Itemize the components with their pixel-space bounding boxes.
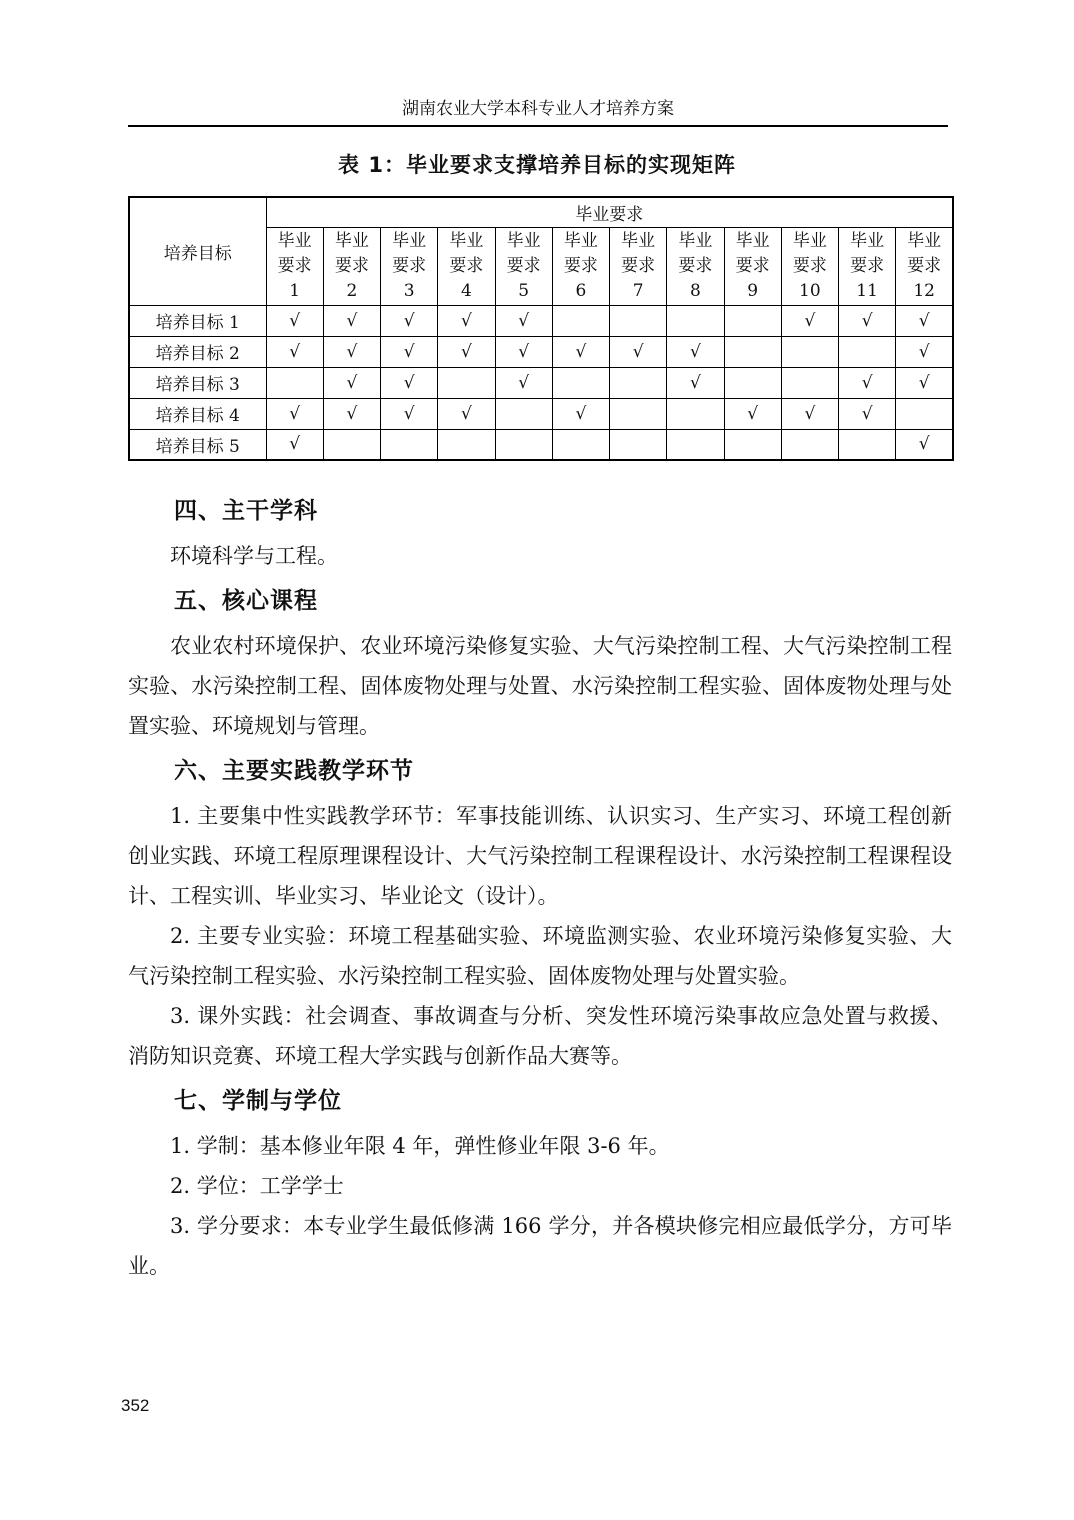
matrix-empty-cell — [781, 336, 838, 367]
matrix-column-header-line: 毕业 — [553, 229, 609, 254]
matrix-column-header-line: 毕业 — [610, 229, 666, 254]
matrix-empty-cell — [839, 429, 896, 460]
section-heading: 五、核心课程 — [128, 586, 952, 616]
matrix-column-number: 12 — [896, 279, 952, 304]
matrix-check-cell: √ — [323, 305, 380, 336]
matrix-corner-header: 培养目标 — [129, 197, 266, 305]
table-caption: 表 1：毕业要求支撑培养目标的实现矩阵 — [0, 152, 1074, 178]
body-paragraph: 1. 学制：基本修业年限 4 年，弹性修业年限 3-6 年。 — [128, 1126, 952, 1166]
matrix-data-row: 培养目标 1√√√√√√√√ — [129, 305, 953, 336]
matrix-empty-cell — [839, 336, 896, 367]
matrix-empty-cell — [724, 336, 781, 367]
page-header-title: 湖南农业大学本科专业人才培养方案 — [402, 99, 674, 119]
body-paragraph: 2. 学位：工学学士 — [128, 1166, 952, 1206]
matrix-check-cell: √ — [552, 398, 609, 429]
body-paragraph: 1. 主要集中性实践教学环节：军事技能训练、认识实习、生产实习、环境工程创新创业… — [128, 796, 952, 916]
matrix-column-header-line: 要求 — [610, 254, 666, 279]
matrix-check-cell: √ — [323, 398, 380, 429]
matrix-column-number: 5 — [496, 279, 552, 304]
matrix-check-cell: √ — [438, 336, 495, 367]
matrix-column-header-line: 毕业 — [896, 229, 952, 254]
document-body: 四、主干学科环境科学与工程。五、核心课程农业农村环境保护、农业环境污染修复实验、… — [128, 486, 952, 1286]
matrix-check-cell: √ — [323, 336, 380, 367]
matrix-check-cell: √ — [266, 305, 323, 336]
matrix-column-header: 毕业要求11 — [839, 227, 896, 305]
matrix-column-header-line: 要求 — [438, 254, 494, 279]
matrix-column-header-line: 要求 — [496, 254, 552, 279]
document-page: 湖南农业大学本科专业人才培养方案 表 1：毕业要求支撑培养目标的实现矩阵 培养目… — [0, 0, 1074, 1520]
matrix-check-cell: √ — [896, 429, 953, 460]
matrix-row-label: 培养目标 5 — [129, 429, 266, 460]
matrix-empty-cell — [724, 429, 781, 460]
matrix-data-row: 培养目标 5√√ — [129, 429, 953, 460]
matrix-column-header-line: 要求 — [553, 254, 609, 279]
matrix-check-cell: √ — [896, 367, 953, 398]
matrix-group-header: 毕业要求 — [266, 197, 953, 227]
matrix-check-cell: √ — [552, 336, 609, 367]
matrix-check-cell: √ — [896, 336, 953, 367]
matrix-check-cell: √ — [381, 367, 438, 398]
matrix-column-number: 6 — [553, 279, 609, 304]
matrix-column-header-line: 要求 — [667, 254, 723, 279]
matrix-empty-cell — [552, 367, 609, 398]
matrix-column-header-line: 毕业 — [725, 229, 781, 254]
matrix-empty-cell — [552, 305, 609, 336]
matrix-check-cell: √ — [323, 367, 380, 398]
matrix-column-header-line: 毕业 — [839, 229, 895, 254]
matrix-check-cell: √ — [839, 305, 896, 336]
matrix-check-cell: √ — [896, 305, 953, 336]
matrix-column-header: 毕业要求1 — [266, 227, 323, 305]
matrix-column-header: 毕业要求3 — [381, 227, 438, 305]
matrix-empty-cell — [667, 429, 724, 460]
matrix-empty-cell — [495, 398, 552, 429]
matrix-column-number: 7 — [610, 279, 666, 304]
matrix-check-cell: √ — [839, 367, 896, 398]
matrix-empty-cell — [610, 367, 667, 398]
body-paragraph: 农业农村环境保护、农业环境污染修复实验、大气污染控制工程、大气污染控制工程实验、… — [128, 626, 952, 746]
matrix-check-cell: √ — [610, 336, 667, 367]
body-paragraph: 3. 课外实践：社会调查、事故调查与分析、突发性环境污染事故应急处置与救援、消防… — [128, 996, 952, 1076]
matrix-column-header-line: 毕业 — [381, 229, 437, 254]
matrix-check-cell: √ — [266, 398, 323, 429]
matrix-column-number: 2 — [324, 279, 380, 304]
matrix-column-header-line: 毕业 — [496, 229, 552, 254]
matrix-empty-cell — [438, 429, 495, 460]
matrix-column-header-line: 毕业 — [782, 229, 838, 254]
matrix-column-number: 8 — [667, 279, 723, 304]
matrix-column-header: 毕业要求6 — [552, 227, 609, 305]
matrix-empty-cell — [667, 305, 724, 336]
matrix-empty-cell — [724, 367, 781, 398]
matrix-empty-cell — [781, 429, 838, 460]
matrix-column-number: 11 — [839, 279, 895, 304]
matrix-check-cell: √ — [381, 305, 438, 336]
body-paragraph: 2. 主要专业实验：环境工程基础实验、环境监测实验、农业环境污染修复实验、大气污… — [128, 916, 952, 996]
matrix-empty-cell — [610, 305, 667, 336]
matrix-empty-cell — [667, 398, 724, 429]
matrix-data-row: 培养目标 3√√√√√√ — [129, 367, 953, 398]
matrix-check-cell: √ — [495, 336, 552, 367]
matrix-check-cell: √ — [781, 305, 838, 336]
matrix-data-row: 培养目标 2√√√√√√√√√ — [129, 336, 953, 367]
matrix-empty-cell — [266, 367, 323, 398]
section-heading: 四、主干学科 — [128, 496, 952, 526]
matrix-empty-cell — [896, 398, 953, 429]
matrix-column-number: 4 — [438, 279, 494, 304]
matrix-column-header-line: 要求 — [381, 254, 437, 279]
matrix-empty-cell — [552, 429, 609, 460]
matrix-check-cell: √ — [667, 336, 724, 367]
body-paragraph: 环境科学与工程。 — [128, 536, 952, 576]
matrix-row-label: 培养目标 1 — [129, 305, 266, 336]
matrix-column-header: 毕业要求7 — [610, 227, 667, 305]
matrix-column-header: 毕业要求5 — [495, 227, 552, 305]
matrix-row-label: 培养目标 2 — [129, 336, 266, 367]
matrix-column-header: 毕业要求8 — [667, 227, 724, 305]
matrix-column-number: 1 — [267, 279, 323, 304]
matrix-data-row: 培养目标 4√√√√√√√√ — [129, 398, 953, 429]
matrix-check-cell: √ — [724, 398, 781, 429]
matrix-column-number: 10 — [782, 279, 838, 304]
matrix-column-header-line: 毕业 — [324, 229, 380, 254]
matrix-empty-cell — [781, 367, 838, 398]
matrix-check-cell: √ — [438, 305, 495, 336]
matrix-empty-cell — [323, 429, 380, 460]
section-heading: 七、学制与学位 — [128, 1086, 952, 1116]
page-number: 352 — [121, 1396, 149, 1416]
graduation-requirements-matrix-table: 培养目标毕业要求毕业要求1毕业要求2毕业要求3毕业要求4毕业要求5毕业要求6毕业… — [128, 196, 954, 461]
matrix-column-header-line: 毕业 — [438, 229, 494, 254]
matrix-column-header: 毕业要求4 — [438, 227, 495, 305]
matrix-column-header-line: 要求 — [324, 254, 380, 279]
matrix-column-header: 毕业要求2 — [323, 227, 380, 305]
matrix-check-cell: √ — [381, 336, 438, 367]
matrix-column-header: 毕业要求10 — [781, 227, 838, 305]
body-paragraph: 3. 学分要求：本专业学生最低修满 166 学分，并各模块修完相应最低学分，方可… — [128, 1206, 952, 1286]
matrix-empty-cell — [610, 398, 667, 429]
matrix-empty-cell — [438, 367, 495, 398]
matrix-check-cell: √ — [495, 367, 552, 398]
matrix-column-header-line: 要求 — [267, 254, 323, 279]
matrix-column-header-line: 要求 — [725, 254, 781, 279]
matrix-header-group-row: 培养目标毕业要求 — [129, 197, 953, 227]
matrix-check-cell: √ — [266, 429, 323, 460]
matrix-column-number: 3 — [381, 279, 437, 304]
matrix-check-cell: √ — [839, 398, 896, 429]
matrix-check-cell: √ — [438, 398, 495, 429]
matrix-column-number: 9 — [725, 279, 781, 304]
matrix-check-cell: √ — [667, 367, 724, 398]
matrix-column-header-line: 要求 — [896, 254, 952, 279]
matrix-check-cell: √ — [381, 398, 438, 429]
page-header: 湖南农业大学本科专业人才培养方案 — [128, 99, 948, 127]
matrix-column-header-line: 要求 — [839, 254, 895, 279]
matrix-column-header: 毕业要求12 — [896, 227, 953, 305]
matrix-column-header-line: 要求 — [782, 254, 838, 279]
matrix-empty-cell — [495, 429, 552, 460]
matrix-row-label: 培养目标 4 — [129, 398, 266, 429]
matrix-empty-cell — [610, 429, 667, 460]
matrix-empty-cell — [724, 305, 781, 336]
matrix-check-cell: √ — [266, 336, 323, 367]
matrix-check-cell: √ — [781, 398, 838, 429]
section-heading: 六、主要实践教学环节 — [128, 756, 952, 786]
matrix-column-header-line: 毕业 — [667, 229, 723, 254]
matrix-empty-cell — [381, 429, 438, 460]
matrix-check-cell: √ — [495, 305, 552, 336]
matrix-row-label: 培养目标 3 — [129, 367, 266, 398]
matrix-column-header: 毕业要求9 — [724, 227, 781, 305]
matrix-column-header-line: 毕业 — [267, 229, 323, 254]
